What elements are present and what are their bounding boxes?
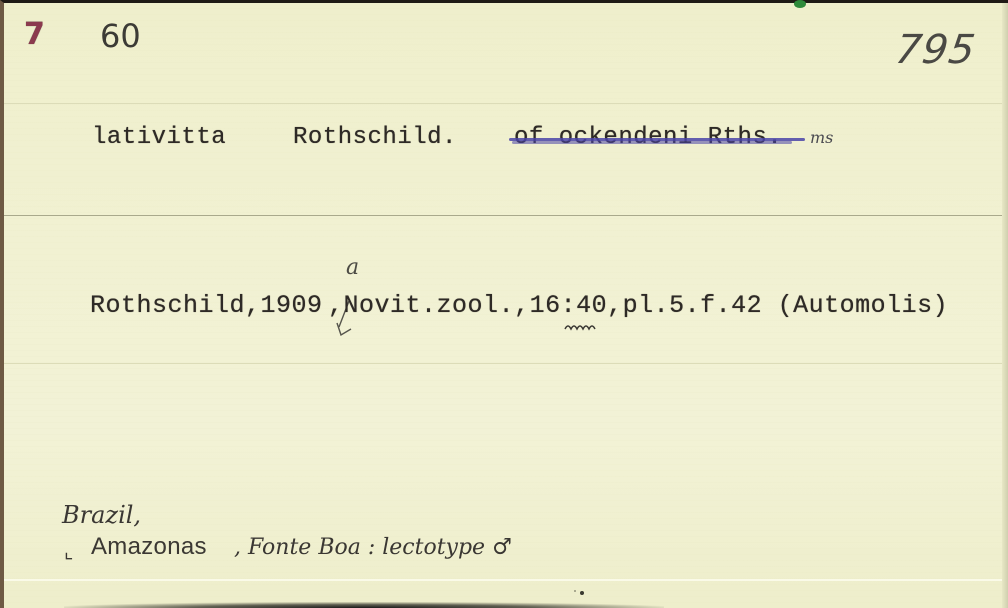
year-insert-letter: a [346, 255, 359, 280]
card-shadow [64, 602, 664, 608]
card-edge [1002, 3, 1008, 608]
ruled-line [4, 103, 1002, 104]
species-name: lativitta [92, 124, 226, 151]
strike-through-line [512, 141, 792, 144]
ruled-line [4, 363, 1002, 364]
volume-underline-icon [564, 321, 598, 333]
locality-region: Amazonas [91, 533, 207, 561]
tab-marker [794, 0, 806, 8]
locality-bracket: ⌞ [64, 539, 73, 563]
sequence-number: 60 [100, 17, 141, 55]
locality-country: Brazil, [62, 501, 141, 529]
index-card: 7 60 795 lativitta Rothschild. of ockend… [0, 0, 1008, 608]
struck-annotation: ms [810, 128, 833, 147]
ruled-line [4, 579, 1002, 581]
paper-speck [574, 590, 576, 592]
paper-speck [580, 591, 584, 595]
header-divider-line [4, 215, 1002, 216]
species-author: Rothschild. [293, 124, 457, 151]
citation: Rothschild,1909 ,Novit.zool.,16:40,pl.5.… [90, 291, 948, 320]
card-number: 7 [24, 17, 45, 52]
reference-number: 795 [893, 27, 979, 73]
locality-detail: , Fonte Boa : lectotype ♂ [234, 535, 512, 560]
